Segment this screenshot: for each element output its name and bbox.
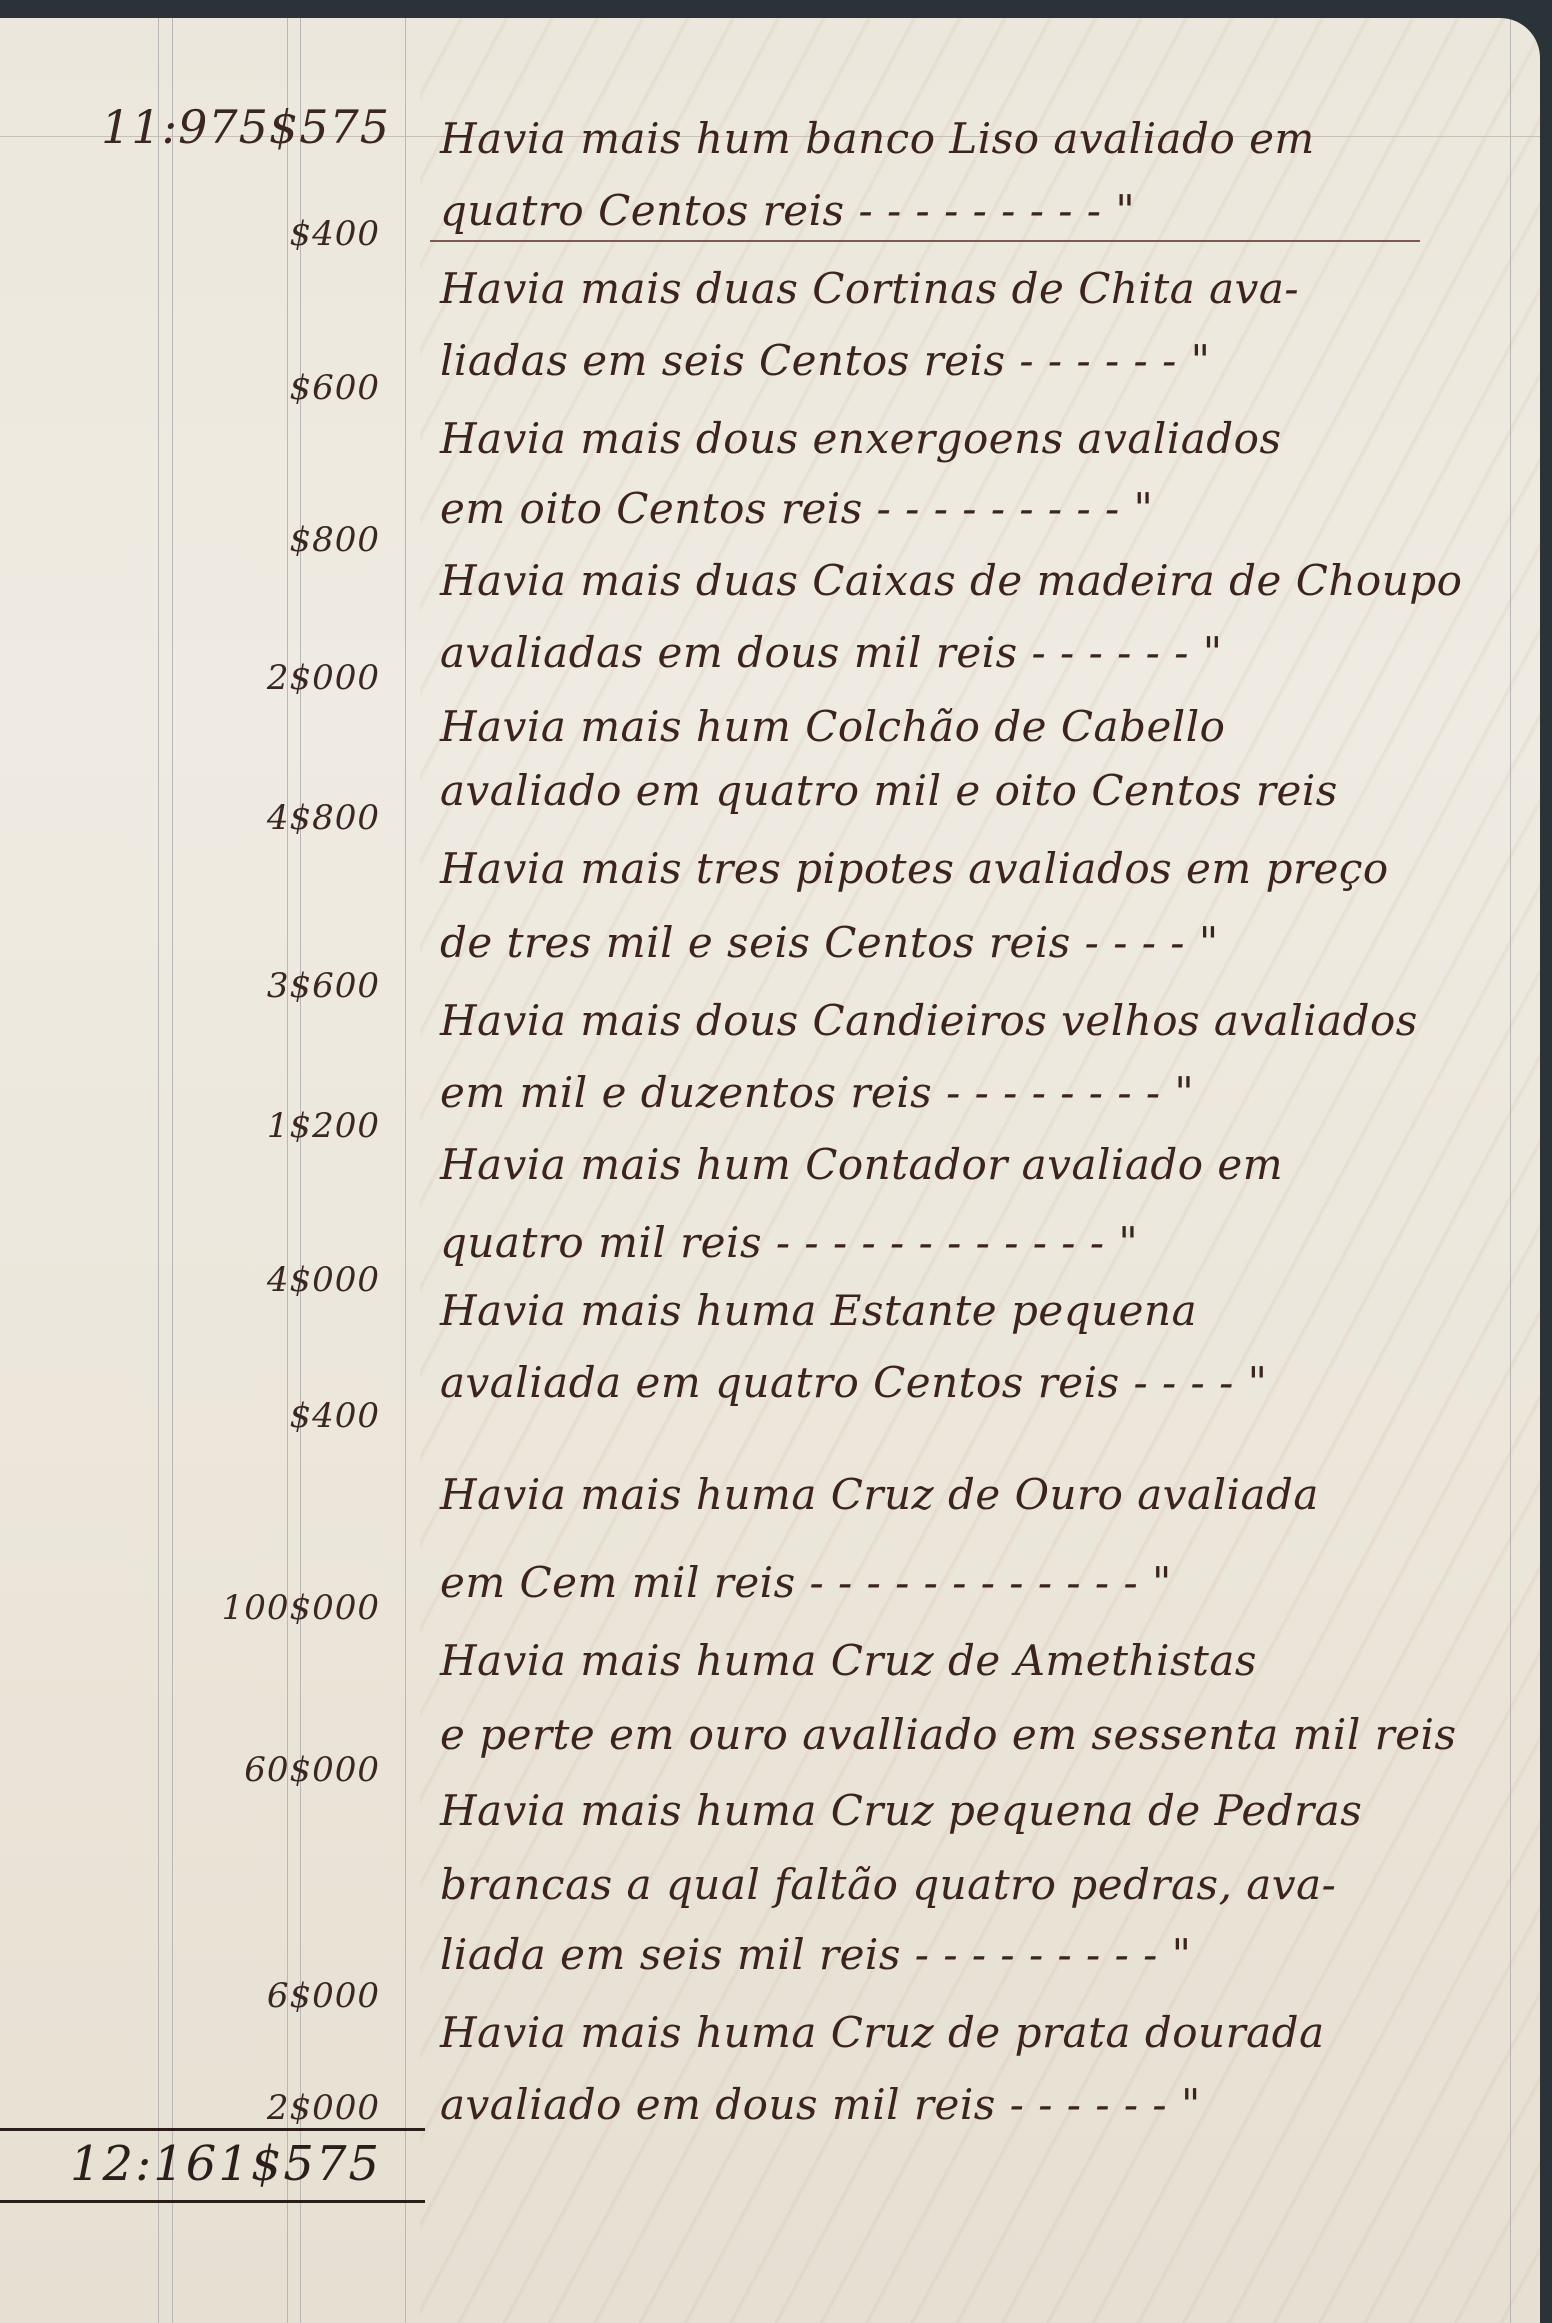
entry-line: Havia mais dous enxergoens avaliados (440, 414, 1282, 463)
entry-line: avaliado em quatro mil e oito Centos rei… (440, 766, 1338, 815)
total-rule-bottom (0, 2200, 425, 2203)
entry-line: Havia mais huma Cruz de Ouro avaliada (440, 1470, 1319, 1519)
entry-amount: 60$000 (244, 1750, 380, 1790)
entry-line: Havia mais huma Cruz pequena de Pedras (440, 1786, 1362, 1835)
entry-line: avaliadas em dous mil reis - - - - - - " (440, 628, 1223, 677)
entry-line: Havia mais hum banco Liso avaliado em (440, 114, 1315, 163)
entry-amount: $400 (289, 214, 380, 254)
entry-line: avaliada em quatro Centos reis - - - - " (440, 1358, 1267, 1407)
entry-line: quatro Centos reis - - - - - - - - - " (440, 186, 1135, 235)
entry-amount: $400 (289, 1396, 380, 1436)
entry-line: liada em seis mil reis - - - - - - - - -… (440, 1930, 1191, 1979)
entry-amount: 6$000 (267, 1976, 380, 2016)
margin-rule (405, 18, 406, 2323)
entry-amount: 100$000 (222, 1588, 380, 1628)
entry-line: quatro mil reis - - - - - - - - - - - - … (440, 1218, 1138, 1267)
ledger-page: 11:975$575 $400 $600 $800 2$000 4$800 3$… (0, 18, 1540, 2323)
entry-line: Havia mais duas Caixas de madeira de Cho… (440, 556, 1462, 605)
entry-line: brancas a qual faltão quatro pedras, ava… (440, 1860, 1336, 1909)
entry-line: de tres mil e seis Centos reis - - - - " (440, 918, 1219, 967)
margin-rule (1510, 18, 1511, 2323)
entry-line: e perte em ouro avalliado em sessenta mi… (440, 1710, 1457, 1759)
carried-forward-amount: 11:975$575 (101, 100, 390, 154)
entry-line: em mil e duzentos reis - - - - - - - - " (440, 1068, 1194, 1117)
entry-line: em oito Centos reis - - - - - - - - - " (440, 484, 1153, 533)
margin-rule (172, 18, 173, 2323)
entry-amount: 3$600 (267, 966, 380, 1006)
entry-amount: 2$000 (267, 2088, 380, 2128)
entry-line: Havia mais dous Candieiros velhos avalia… (440, 996, 1418, 1045)
entry-line: em Cem mil reis - - - - - - - - - - - - … (440, 1558, 1172, 1607)
entry-line: Havia mais duas Cortinas de Chita ava- (440, 264, 1299, 313)
entry-line: Havia mais huma Estante pequena (440, 1286, 1197, 1335)
page-total: 12:161$575 (70, 2136, 381, 2192)
entry-line: liadas em seis Centos reis - - - - - - " (440, 336, 1210, 385)
entry-amount: 4$000 (267, 1260, 380, 1300)
entry-line: Havia mais tres pipotes avaliados em pre… (440, 844, 1389, 893)
entry-line: Havia mais hum Colchão de Cabello (440, 702, 1225, 751)
margin-rule (158, 18, 159, 2323)
entry-line: Havia mais hum Contador avaliado em (440, 1140, 1283, 1189)
entry-amount: $800 (289, 520, 380, 560)
total-rule-top (0, 2128, 425, 2131)
entry-line: Havia mais huma Cruz de prata dourada (440, 2008, 1325, 2057)
entry-amount: 4$800 (267, 798, 380, 838)
entry-amount: 1$200 (267, 1106, 380, 1146)
entry-line: Havia mais huma Cruz de Amethistas (440, 1636, 1257, 1685)
entry-line: avaliado em dous mil reis - - - - - - " (440, 2080, 1201, 2129)
entry-amount: 2$000 (267, 658, 380, 698)
ruled-line (430, 240, 1420, 242)
entry-amount: $600 (289, 368, 380, 408)
